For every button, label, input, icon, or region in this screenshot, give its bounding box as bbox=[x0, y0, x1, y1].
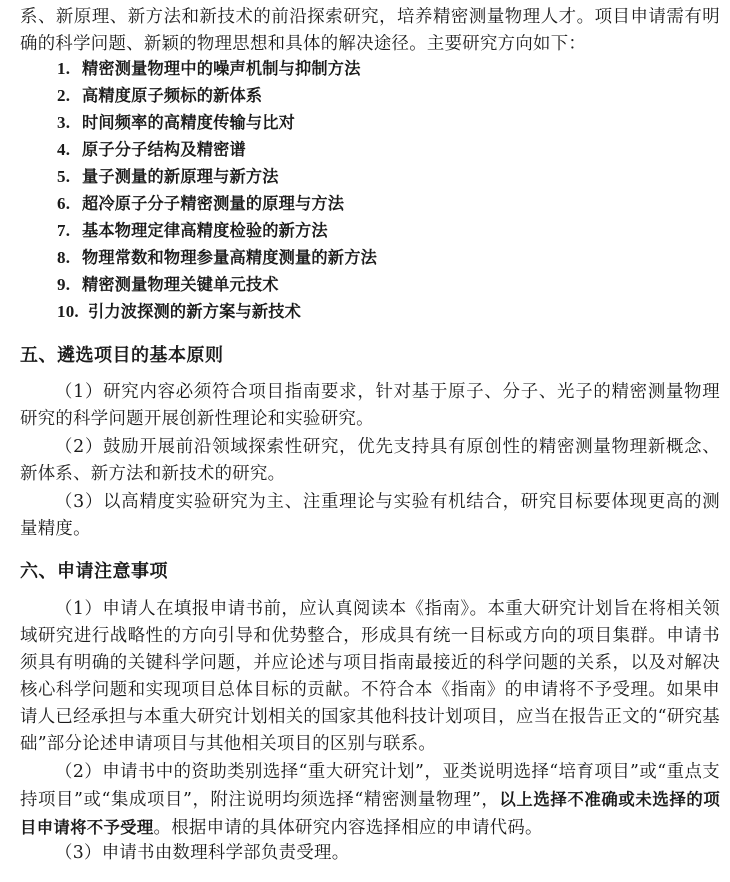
list-item: 1.精密测量物理中的噪声机制与抑制方法 bbox=[57, 55, 377, 82]
list-item: 2.高精度原子频标的新体系 bbox=[57, 82, 377, 109]
section-heading-5: 五、遴选项目的基本原则 bbox=[20, 342, 224, 369]
section6-paragraph-1: （1）申请人在填报申请书前，应认真阅读本《指南》。本重大研究计划旨在将相关领域研… bbox=[20, 596, 720, 758]
list-item: 5.量子测量的新原理与新方法 bbox=[57, 163, 377, 190]
list-item: 4.原子分子结构及精密谱 bbox=[57, 136, 377, 163]
section5-paragraph-1: （1）研究内容必须符合项目指南要求，针对基于原子、分子、光子的精密测量物理研究的… bbox=[20, 379, 720, 433]
list-item: 9.精密测量物理关键单元技术 bbox=[57, 271, 377, 298]
intro-paragraph: 系、新原理、新方法和新技术的前沿探索研究，培养精密测量物理人才。项目申请需有明确… bbox=[20, 4, 720, 58]
list-item: 3.时间频率的高精度传输与比对 bbox=[57, 109, 377, 136]
list-item: 6.超冷原子分子精密测量的原理与方法 bbox=[57, 190, 377, 217]
section5-paragraph-3: （3）以高精度实验研究为主、注重理论与实验有机结合，研究目标要体现更高的测量精度… bbox=[20, 489, 720, 543]
list-item: 7.基本物理定律高精度检验的新方法 bbox=[57, 217, 377, 244]
list-item: 10.引力波探测的新方案与新技术 bbox=[57, 298, 377, 325]
section5-paragraph-2: （2）鼓励开展前沿领域探索性研究，优先支持具有原创性的精密测量物理新概念、新体系… bbox=[20, 434, 720, 488]
section6-paragraph-3: （3）申请书由数理科学部负责受理。 bbox=[20, 840, 720, 867]
list-item: 8.物理常数和物理参量高精度测量的新方法 bbox=[57, 244, 377, 271]
section-heading-6: 六、申请注意事项 bbox=[20, 558, 168, 585]
section6-paragraph-2: （2）申请书中的资助类别选择“重大研究计划”，亚类说明选择“培育项目”或“重点支… bbox=[20, 759, 720, 842]
research-directions-list: 1.精密测量物理中的噪声机制与抑制方法 2.高精度原子频标的新体系 3.时间频率… bbox=[57, 55, 377, 325]
